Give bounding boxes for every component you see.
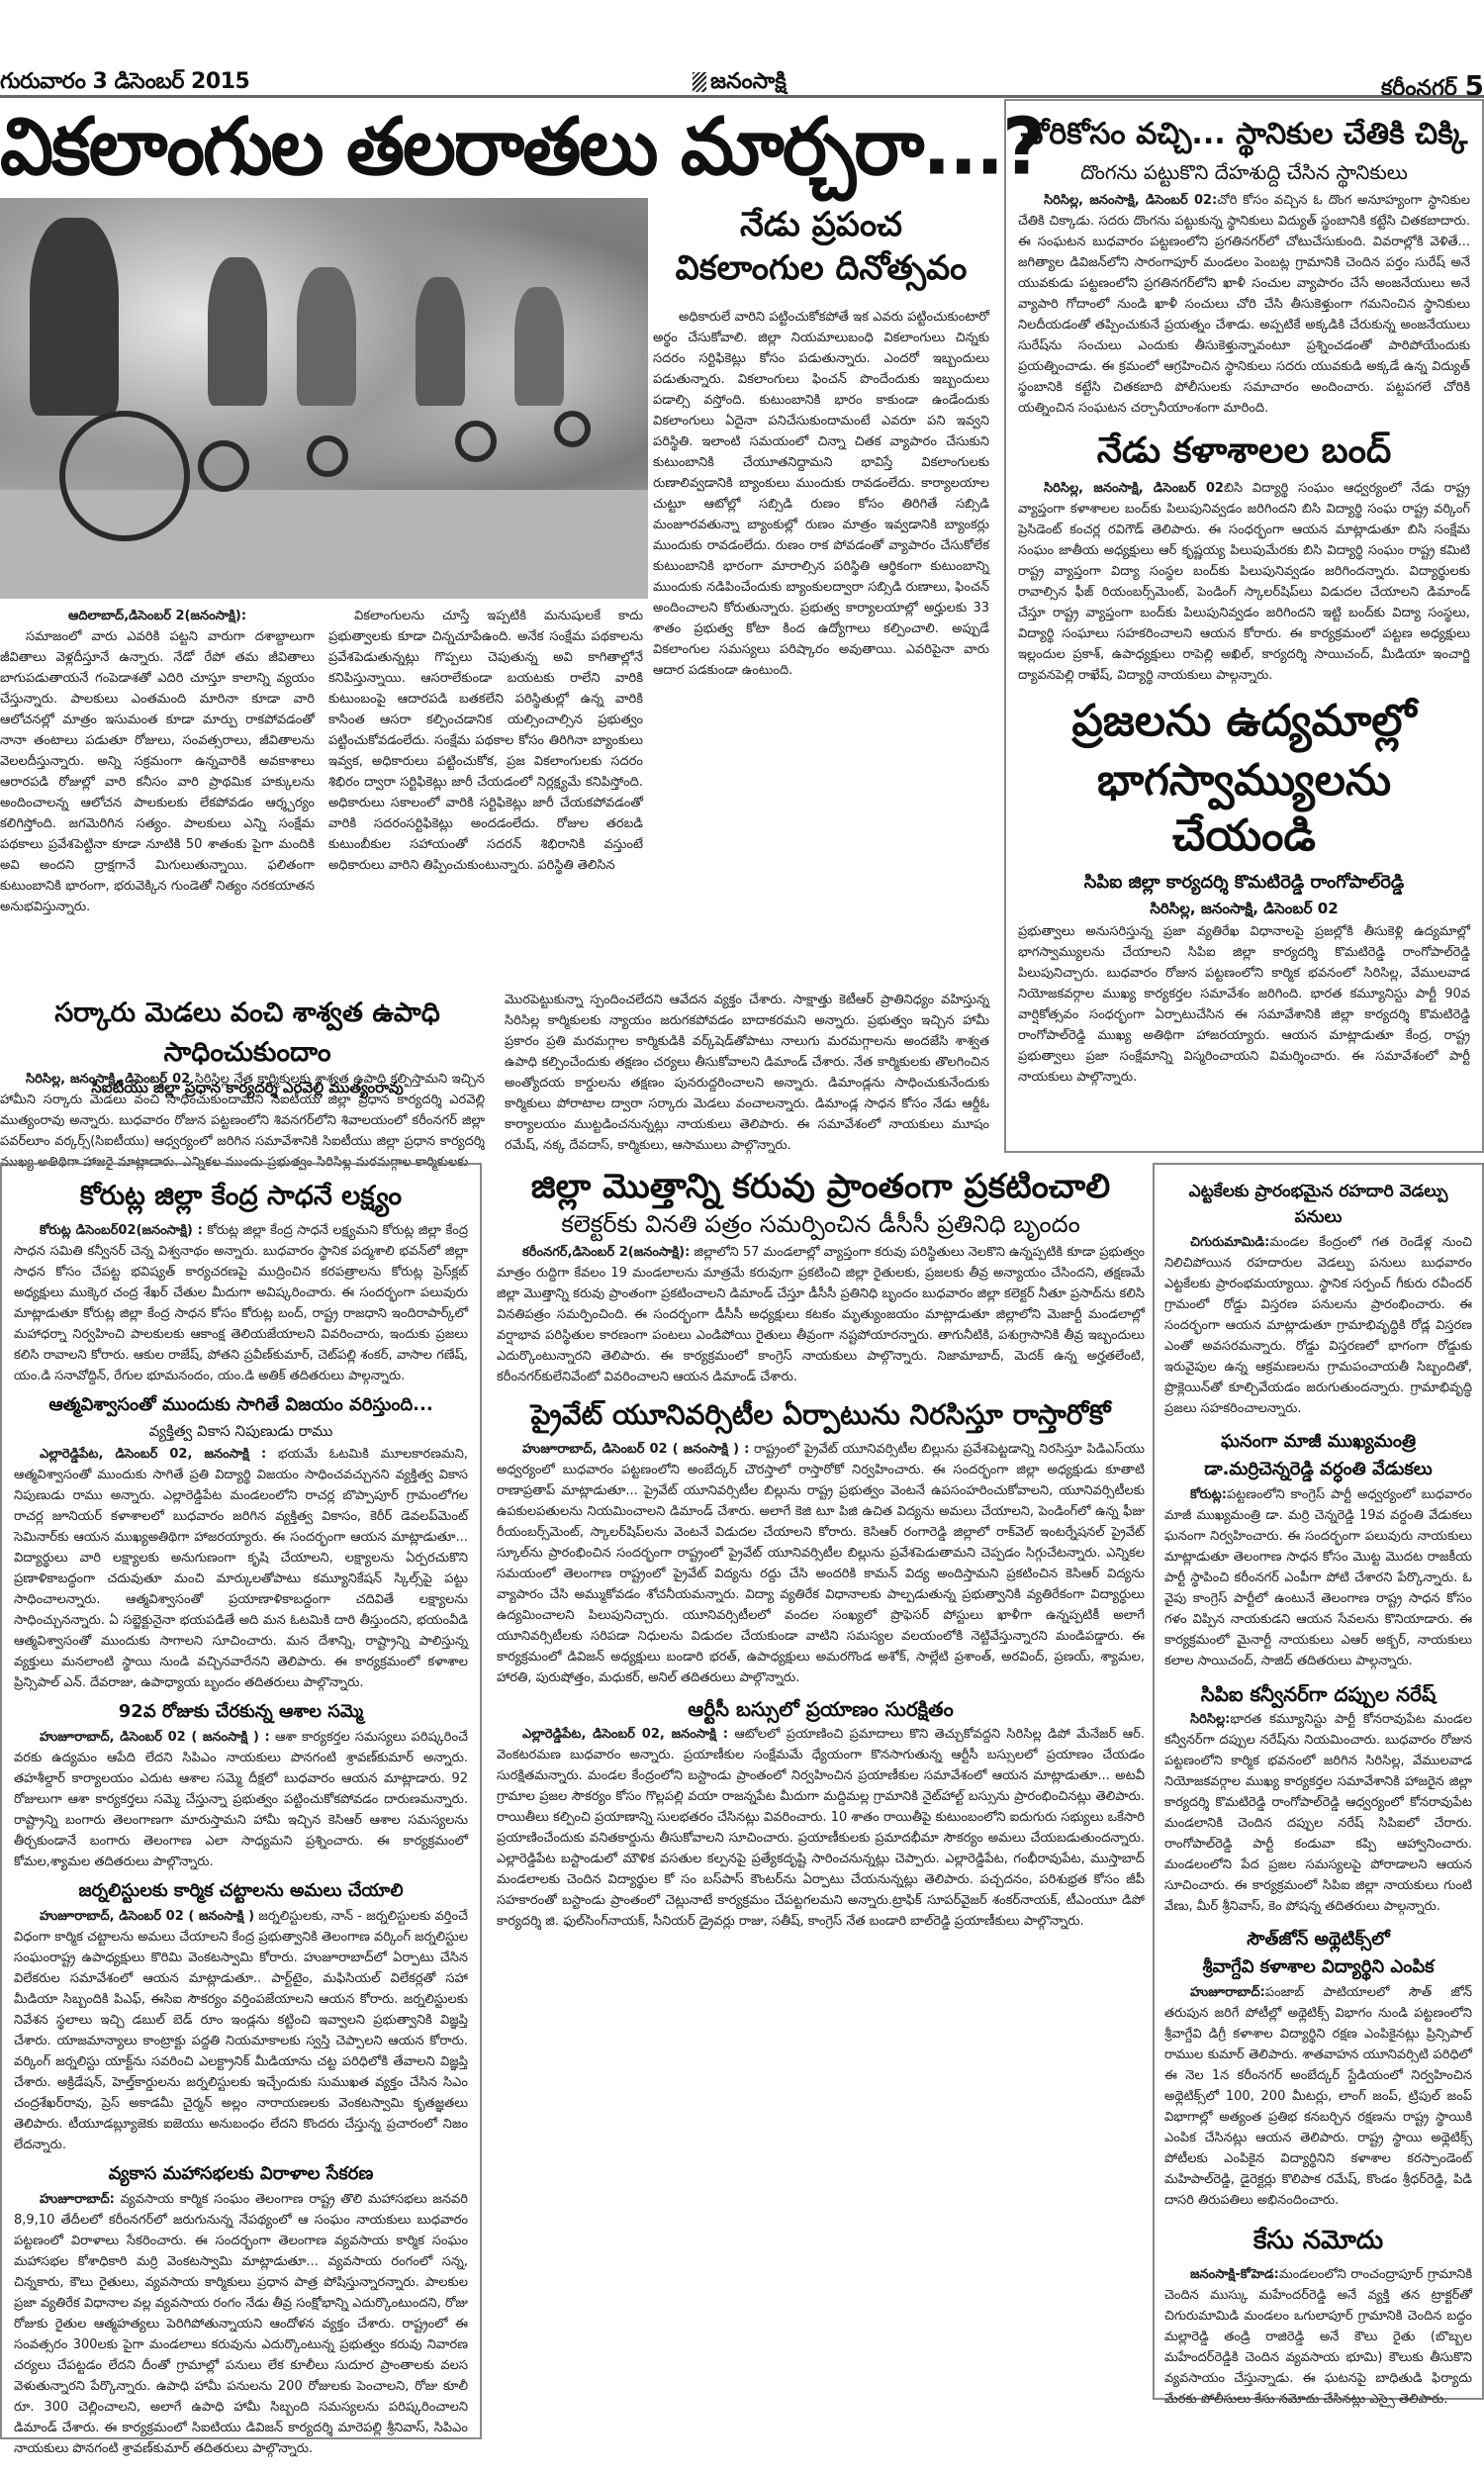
cpi-convener-headline: సిపిఐ కన్వీనర్‌గా దప్పుల నరేష్ <box>1164 1681 1472 1707</box>
korutla-story-dateline: కోరుట్ల డిసెంబర్02(జనంసాక్షి) : <box>40 1223 203 1238</box>
theft-story-headline: చోరికోసం వచ్చి... స్థానికుల చేతికి చిక్క… <box>1018 115 1470 154</box>
private-university-text: రాష్ట్రంలో ప్రైవేట్ యూనివర్సిటీల బిల్లున… <box>497 1442 1145 1685</box>
korutla-story-text: కోరుట్ల జిల్లా కేంద్ర సాధనే లక్ష్యమని కో… <box>14 1223 468 1383</box>
confidence-story-dateline: ఎల్లారెడ్డిపేట, డిసెంబర్ 02, జనంసాక్షి : <box>40 1447 266 1462</box>
cpi-story-dateline: సిరిసిల్ల, జనంసాక్షి, డిసెంబర్ 02 <box>1018 898 1470 919</box>
sarkar-story-body-left: సిరిసిల్ల, జనంసాక్షి, డిసెంబర్ 02 సిరిసి… <box>0 1069 485 1173</box>
vyakasa-story-text: వ్యవసాయ కార్మిక సంఘం తెలంగాణ రాష్ట్ర తొల… <box>14 2192 468 2456</box>
wheel-icon <box>59 411 190 541</box>
asha-strike-headline: 92వ రోజుకు చేరకున్న ఆశాల సమ్మె <box>14 1699 468 1725</box>
rtc-bus-dateline: ఎల్లారెడ్డిపేట, డిసెంబర్ 02, జనంసాక్షి : <box>522 1727 728 1742</box>
journalists-story-text: జర్నలిస్టులకు, నాన్ - జర్నలిస్టులకు వర్త… <box>14 1909 468 2152</box>
athletics-text: పంజాబ్ పాటియాలలో సౌత్ జోన్ తరుపున జరిగే … <box>1164 1985 1472 2208</box>
theft-story-dateline: సిరిసిల్ల, జనంసాక్షి, డిసెంబర్ 02: <box>1044 193 1217 208</box>
road-widening-headline: ఎట్టకేలకు ప్రారంభమైన రహదారి వెడల్పు పనుల… <box>1164 1179 1472 1230</box>
cpi-convener-dateline: సిరిసిల్ల: <box>1190 1712 1230 1727</box>
cpi-story-text: ప్రభుత్వాలు అనుసరిస్తున్న ప్రజా వ్యతిరేఖ… <box>1018 921 1470 1088</box>
confidence-story-byline: వ్యక్తిత్వ వికాస నిపుణుడు రాము <box>14 1420 468 1442</box>
confidence-story-text: భయమే ఓటమికి మూలకారణమని, ఆత్మవిశ్వాసంతో మ… <box>14 1447 468 1690</box>
sarkar-story-body-right: మొరపెట్టుకున్నా స్పందించలేదని ఆవేదన వ్యక… <box>505 990 989 1156</box>
lead-subheadline: నేడు ప్రపంచ వికలాంగుల దినోత్సవం <box>653 203 989 290</box>
college-bandh-dateline: సిరిసిల్ల, జనంసాక్షి, డిసెంబర్ 02 <box>1044 481 1224 496</box>
road-widening-text: మండల కేంద్రంలో గత రెండేళ్ల నుంచి నిలిచిప… <box>1164 1235 1472 1416</box>
sarkar-story-dateline: సిరిసిల్ల, జనంసాక్షి, డిసెంబర్ 02 <box>26 1072 190 1087</box>
photo-figure <box>416 277 465 406</box>
lead-headline: వికలాంగుల తలరాతలు మార్చరా...? <box>0 99 989 195</box>
lower-left-news-box: కోరుట్ల జిల్లా కేంద్ర సాధనే లక్ష్యం కోరు… <box>0 1163 482 2439</box>
lead-column-1: ఆదిలాబాద్,డిసెంబర్ 2(జనంసాక్షి): సమాజంలో… <box>0 606 315 917</box>
lower-middle-column: జిల్లా మొత్తాన్ని కరువు ప్రాంతంగా ప్రకటి… <box>497 1163 1145 1932</box>
theft-story-subheadline: దొంగను పట్టుకొని దేహశుద్ది చేసిన స్థానిక… <box>1018 158 1470 186</box>
chenna-reddy-dateline: కోరుట్ల: <box>1190 1487 1227 1502</box>
college-bandh-text: బిసి విద్యార్థి సంఘం ఆధ్వర్యంలో నేడు రాష… <box>1018 481 1470 683</box>
photo-figure <box>297 267 356 406</box>
asha-strike-text: ఆశా కార్యకర్తల సమస్యలు పరిష్కరించే వరకు … <box>14 1730 468 1869</box>
college-bandh-headline: నేడు కళాశాలల బంద్ <box>1018 428 1470 474</box>
private-university-headline: ప్రైవేట్ యూనివర్సిటీల ఏర్పాటును నిరసిస్త… <box>497 1395 1145 1435</box>
chenna-reddy-text: పట్టణంలోని కాంగ్రెస్ పార్టీ అధ్వర్యంలో బ… <box>1164 1487 1472 1668</box>
lower-right-news-box: ఎట్టకేలకు ప్రారంభమైన రహదారి వెడల్పు పనుల… <box>1153 1163 1484 2400</box>
right-top-news-box: చోరికోసం వచ్చి... స్థానికుల చేతికి చిక్క… <box>1004 99 1484 1153</box>
korutla-story-headline: కోరుట్ల జిల్లా కేంద్ర సాధనే లక్ష్యం <box>14 1177 468 1216</box>
lead-column-2-text: వికలాంగులను చూస్తే ఇప్పటికి మనుషులకే కాద… <box>328 606 643 876</box>
journalists-story-dateline: హుజూరాబాద్, డిసెంబర్ 02 ( జనంసాక్షి ) <box>40 1909 254 1924</box>
case-registered-headline: కేసు నమోదు <box>1164 2221 1472 2260</box>
newspaper-name: జనంసాక్షి <box>710 69 787 94</box>
photo-figure <box>30 218 119 416</box>
lead-subheadline-line1: నేడు ప్రపంచ <box>653 203 989 246</box>
athletics-headline-line2: శ్రీవాగ్దేవి కళాశాల విద్యార్థిని ఎంపిక <box>1164 1954 1472 1980</box>
wheel-icon <box>198 440 249 492</box>
lead-column-3: అధికారులే వారిని పట్టించుకోకపోతే ఇక ఎవరు… <box>653 307 989 681</box>
wheel-icon <box>554 411 591 447</box>
wheel-icon <box>455 421 497 462</box>
drought-story-headline: జిల్లా మొత్తాన్ని కరువు ప్రాంతంగా ప్రకటి… <box>497 1167 1145 1206</box>
sarkar-story-text-2: మొరపెట్టుకున్నా స్పందించలేదని ఆవేదన వ్యక… <box>505 990 989 1156</box>
journalists-story-headline: జర్నలిస్టులకు కార్మిక చట్టాలను అమలు చేయా… <box>14 1878 468 1904</box>
masthead: గురువారం 3 డిసెంబర్ 2015 జనంసాక్షి కరీంన… <box>0 69 1484 95</box>
rtc-bus-headline: ఆర్టీసీ బస్సులో ప్రయాణం సురక్షితం <box>497 1696 1145 1722</box>
athletics-dateline: హుజూరాబాద్: <box>1190 1985 1265 2000</box>
chenna-reddy-headline-line1: ఘనంగా మాజీ ముఖ్యమంత్రి <box>1164 1429 1472 1455</box>
drought-story-text: జిల్లాలోని 57 మండలాల్లో వ్యాప్తంగా కరువు… <box>497 1245 1145 1384</box>
cpi-story-byline: సిపిఐ జిల్లా కార్యదర్శి కొమటిరెడ్డి రాంగ… <box>1018 870 1470 896</box>
athletics-headline-line1: సౌత్‌జోన్ అథ్లెటిక్స్‌లో <box>1164 1927 1472 1952</box>
vyakasa-story-dateline: హుజూరాబాద్: <box>40 2192 115 2207</box>
newspaper-logo-icon <box>693 72 706 92</box>
rtc-bus-text: ఆటోలలో ప్రయాణించి ప్రమాదాలు కొని తెచ్చుక… <box>497 1727 1145 1929</box>
sarkar-story-headline: సర్కారు మెడలు వంచి శాశ్వత ఉపాధి సాధించుక… <box>0 994 495 1073</box>
case-registered-dateline: జనంసాక్షి-కోహెడ: <box>1190 2267 1279 2282</box>
drought-story-dateline: కరీంనగర్,డిసెంబర్ 2(జనంసాక్షి): <box>522 1245 690 1260</box>
cpi-story-headline-line2: భాగస్వామ్యులను చేయండి <box>1018 753 1470 864</box>
confidence-story-headline: ఆత్మవిశ్వాసంతో ముందుకు సాగితే విజయం వరిస… <box>14 1392 468 1418</box>
chenna-reddy-headline-line2: డా.మర్రిచెన్నరెడ్డి వర్ధంతి వేడుకలు <box>1164 1457 1472 1482</box>
photo-figure <box>208 257 267 406</box>
wheel-icon <box>307 435 348 477</box>
photo-figure <box>514 287 564 406</box>
cpi-story-headline-line1: ప్రజలను ఉద్యమాల్లో <box>1018 694 1470 749</box>
drought-story-subheadline: కలెక్టర్‌కు వినతి పత్రం సమర్పించిన డీసీస… <box>497 1210 1145 1238</box>
private-university-dateline: హుజూరాబాద్, డిసెంబర్ 02 ( జనంసాక్షి ) : <box>522 1442 749 1457</box>
masthead-divider <box>0 95 1484 98</box>
lead-photo-wheelchair-children <box>0 198 648 599</box>
theft-story-text: చోరి కోసం వచ్చిన ఓ దొంగ అనూహ్యంగా స్థాని… <box>1018 193 1470 416</box>
lead-column-2: వికలాంగులను చూస్తే ఇప్పటికి మనుషులకే కాద… <box>328 606 643 876</box>
asha-strike-dateline: హుజూరాబాద్, డిసెంబర్ 02 ( జనంసాక్షి ) : <box>40 1730 270 1745</box>
lead-column-1-text: సమాజంలో వారు ఎవరికి పట్టని వారుగా దశాబ్ద… <box>0 626 315 917</box>
vyakasa-story-headline: వ్యకాస మహాసభలకు విరాళాల సేకరణ <box>14 2161 468 2187</box>
cpi-convener-text: భారత కమ్యూనిస్టు పార్టీ కోనరావుపేట మండల … <box>1164 1712 1472 1914</box>
lead-column-3-text: అధికారులే వారిని పట్టించుకోకపోతే ఇక ఎవరు… <box>653 307 989 681</box>
lead-subheadline-line2: వికలాంగుల దినోత్సవం <box>653 246 989 290</box>
road-widening-dateline: చిగురుమామిడి: <box>1190 1235 1269 1250</box>
case-registered-text: మండలంలోని రాంచంద్రాపూర్ గ్రామానికి చెంది… <box>1164 2267 1472 2407</box>
lead-dateline: ఆదిలాబాద్,డిసెంబర్ 2(జనంసాక్షి): <box>0 606 315 626</box>
